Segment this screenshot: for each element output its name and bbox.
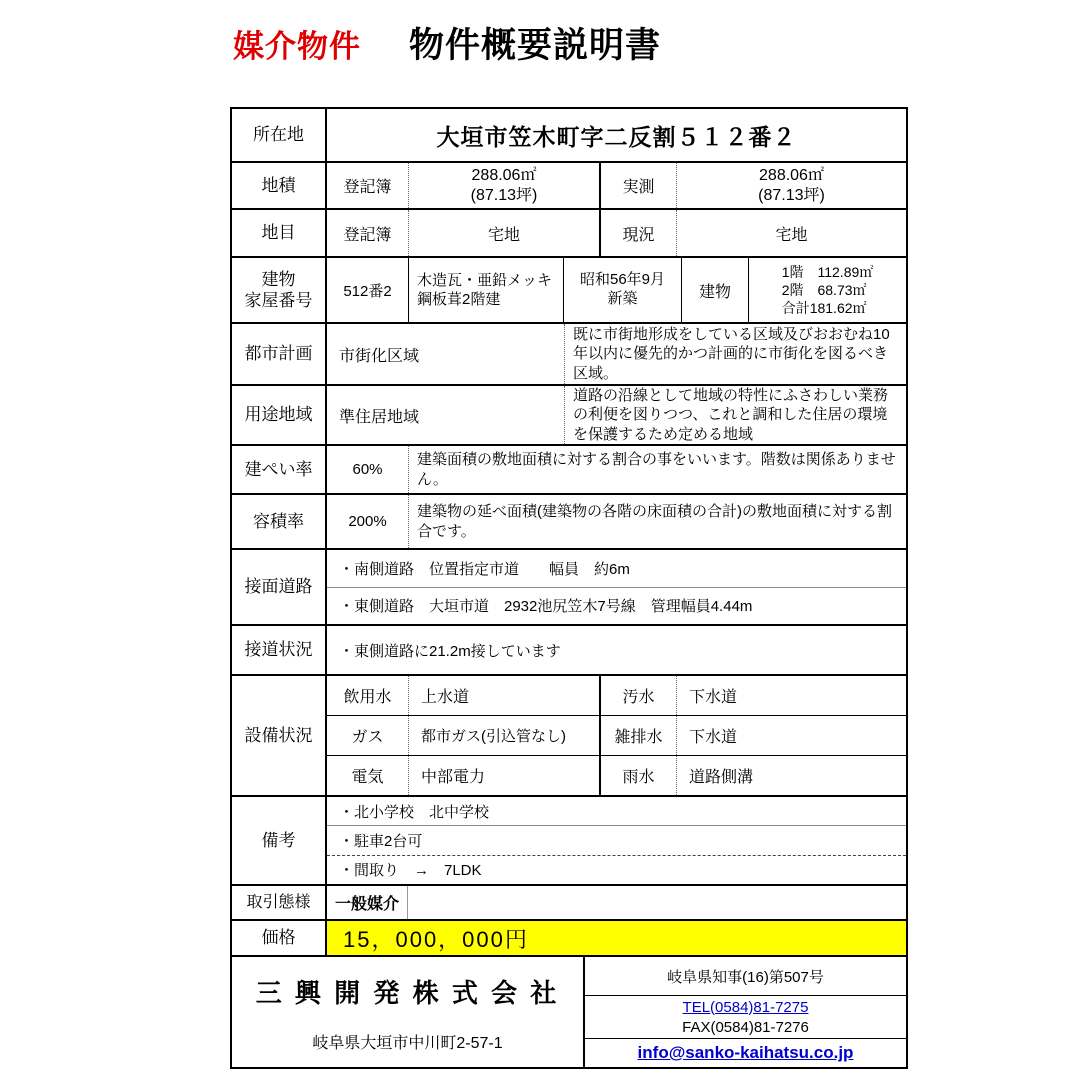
gas-value: 都市ガス(引込管なし)	[408, 716, 599, 755]
price-value: 15，000，000円	[327, 921, 906, 955]
tel-link[interactable]: TEL(0584)81-7275	[683, 999, 809, 1016]
coverage-label: 建ぺい率	[232, 446, 327, 493]
utilities-row-gas: ガス 都市ガス(引込管なし) 雑排水 下水道	[327, 715, 906, 755]
electricity-value: 中部電力	[408, 756, 599, 795]
roads-lines: ・南側道路 位置指定市道 幅員 約6m ・東側道路 大垣市道 2932池尻笠木7…	[327, 550, 906, 624]
row-roads: 接面道路 ・南側道路 位置指定市道 幅員 約6m ・東側道路 大垣市道 2932…	[232, 550, 906, 626]
building-total-area: 合計181.62㎡	[782, 299, 867, 317]
row-coverage: 建ぺい率 60% 建築面積の敷地面積に対する割合の事をいいます。階数は関係ありま…	[232, 446, 906, 495]
company-name: 三 興 開 発 株 式 会 社	[232, 973, 583, 1010]
zoning-label: 用途地域	[232, 386, 327, 444]
building-floor2-area: 2階 68.73㎡	[782, 281, 867, 299]
utilities-grid: 飲用水 上水道 汚水 下水道 ガス 都市ガス(引込管なし) 雑排水 下水道 電気…	[327, 676, 906, 795]
sewage-label: 汚水	[599, 676, 676, 715]
row-company: 三 興 開 発 株 式 会 社 岐阜県大垣市中川町2-57-1 岐阜県知事(16…	[232, 957, 906, 1067]
utilities-label: 設備状況	[232, 676, 327, 795]
land-category-current-label: 現況	[599, 210, 676, 256]
drinking-water-value: 上水道	[408, 676, 599, 715]
land-category-registry-value: 宅地	[408, 210, 599, 256]
email-row: info@sanko-kaihatsu.co.jp	[585, 1039, 906, 1067]
registry-sqm: 288.06㎡	[472, 166, 537, 186]
email-link[interactable]: info@sanko-kaihatsu.co.jp	[638, 1043, 854, 1063]
fax-number: FAX(0584)81-7276	[682, 1019, 809, 1036]
floor-ratio-description: 建築物の延べ面積(建築物の各階の床面積の合計)の敷地面積に対する割合です。	[408, 495, 906, 548]
document-heading: 物件概要説明書	[409, 18, 661, 68]
page-title: 媒介物件 物件概要説明書	[233, 18, 661, 68]
brokerage-tag: 媒介物件	[233, 21, 361, 66]
building-label-line2: 家屋番号	[245, 290, 313, 311]
phone-block: TEL(0584)81-7275 FAX(0584)81-7276	[585, 996, 906, 1039]
row-utilities: 設備状況 飲用水 上水道 汚水 下水道 ガス 都市ガス(引込管なし) 雑排水 下…	[232, 676, 906, 797]
utilities-row-water: 飲用水 上水道 汚水 下水道	[327, 676, 906, 715]
land-area-survey-value: 288.06㎡ (87.13坪)	[676, 163, 906, 208]
drinking-water-label: 飲用水	[327, 676, 408, 715]
remarks-lines: ・北小学校 北中学校 ・駐車2台可 ・間取り → 7LDK	[327, 797, 906, 884]
license-number: 岐阜県知事(16)第507号	[585, 957, 906, 996]
location-value: 大垣市笠木町字二反割５１２番２	[327, 109, 906, 161]
row-city-planning: 都市計画 市街化区域 既に市街地形成をしている区域及びおおむね10年以内に優先的…	[232, 324, 906, 386]
row-road-contact: 接道状況 ・東側道路に21.2m接しています	[232, 626, 906, 676]
zoning-description: 道路の沿線として地域の特性にふさわしい業務の利便を図りつつ、これと調和した住居の…	[564, 386, 906, 444]
floor-ratio-label: 容積率	[232, 495, 327, 548]
location-label: 所在地	[232, 109, 327, 161]
transaction-label: 取引態様	[232, 886, 327, 919]
building-floor1-area: 1階 112.89㎡	[782, 263, 874, 281]
built-new: 新築	[607, 290, 637, 309]
road-contact-value: ・東側道路に21.2m接しています	[327, 626, 906, 674]
row-location: 所在地 大垣市笠木町字二反割５１２番２	[232, 109, 906, 163]
contact-block: 岐阜県知事(16)第507号 TEL(0584)81-7275 FAX(0584…	[585, 957, 906, 1067]
built-date: 昭和56年9月	[580, 271, 665, 290]
building-word: 建物	[681, 258, 748, 322]
transaction-empty	[408, 886, 906, 919]
utilities-row-electric: 電気 中部電力 雨水 道路側溝	[327, 755, 906, 795]
land-area-registry-label: 登記簿	[327, 163, 408, 208]
building-areas: 1階 112.89㎡ 2階 68.73㎡ 合計181.62㎡	[748, 258, 906, 322]
zoning-value: 準住居地域	[327, 386, 564, 444]
row-transaction: 取引態様 一般媒介	[232, 886, 906, 921]
registry-tsubo: (87.13坪)	[471, 186, 538, 206]
survey-sqm: 288.06㎡	[759, 166, 824, 186]
row-land-area: 地積 登記簿 288.06㎡ (87.13坪) 実測 288.06㎡ (87.1…	[232, 163, 906, 210]
land-category-label: 地目	[232, 210, 327, 256]
remarks-label: 備考	[232, 797, 327, 884]
land-area-label: 地積	[232, 163, 327, 208]
row-floor-ratio: 容積率 200% 建築物の延べ面積(建築物の各階の床面積の合計)の敷地面積に対す…	[232, 495, 906, 550]
transaction-value: 一般媒介	[327, 886, 408, 919]
graywater-value: 下水道	[676, 716, 906, 755]
company-block: 三 興 開 発 株 式 会 社 岐阜県大垣市中川町2-57-1	[232, 957, 585, 1067]
land-category-current-value: 宅地	[676, 210, 906, 256]
coverage-description: 建築面積の敷地面積に対する割合の事をいいます。階数は関係ありません。	[408, 446, 906, 493]
building-label: 建物 家屋番号	[232, 258, 327, 322]
price-label: 価格	[232, 921, 327, 955]
survey-tsubo: (87.13坪)	[758, 186, 825, 206]
row-price: 価格 15，000，000円	[232, 921, 906, 957]
road-south: ・南側道路 位置指定市道 幅員 約6m	[327, 550, 906, 587]
remark-layout: ・間取り → 7LDK	[327, 855, 906, 884]
remark-schools: ・北小学校 北中学校	[327, 797, 906, 825]
roads-label: 接面道路	[232, 550, 327, 624]
coverage-value: 60%	[327, 446, 408, 493]
row-zoning: 用途地域 準住居地域 道路の沿線として地域の特性にふさわしい業務の利便を図りつつ…	[232, 386, 906, 446]
property-table: 所在地 大垣市笠木町字二反割５１２番２ 地積 登記簿 288.06㎡ (87.1…	[230, 107, 908, 1069]
row-land-category: 地目 登記簿 宅地 現況 宅地	[232, 210, 906, 258]
land-area-survey-label: 実測	[599, 163, 676, 208]
floor-ratio-value: 200%	[327, 495, 408, 548]
road-east: ・東側道路 大垣市道 2932池尻笠木7号線 管理幅員4.44m	[327, 587, 906, 625]
electricity-label: 電気	[327, 756, 408, 795]
city-planning-label: 都市計画	[232, 324, 327, 384]
gas-label: ガス	[327, 716, 408, 755]
building-built: 昭和56年9月 新築	[563, 258, 681, 322]
rainwater-label: 雨水	[599, 756, 676, 795]
rainwater-value: 道路側溝	[676, 756, 906, 795]
remark-parking: ・駐車2台可	[327, 825, 906, 854]
land-area-registry-value: 288.06㎡ (87.13坪)	[408, 163, 599, 208]
property-summary-page: 媒介物件 物件概要説明書 所在地 大垣市笠木町字二反割５１２番２ 地積 登記簿 …	[0, 0, 1080, 1080]
building-structure: 木造瓦・亜鉛メッキ鋼板葺2階建	[408, 258, 563, 322]
company-address: 岐阜県大垣市中川町2-57-1	[232, 1030, 583, 1053]
road-contact-label: 接道状況	[232, 626, 327, 674]
graywater-label: 雑排水	[599, 716, 676, 755]
row-remarks: 備考 ・北小学校 北中学校 ・駐車2台可 ・間取り → 7LDK	[232, 797, 906, 886]
building-number: 512番2	[327, 258, 408, 322]
sewage-value: 下水道	[676, 676, 906, 715]
city-planning-value: 市街化区域	[327, 324, 564, 384]
city-planning-description: 既に市街地形成をしている区域及びおおむね10年以内に優先的かつ計画的に市街化を図…	[564, 324, 906, 384]
row-building: 建物 家屋番号 512番2 木造瓦・亜鉛メッキ鋼板葺2階建 昭和56年9月 新築…	[232, 258, 906, 324]
building-label-line1: 建物	[262, 269, 296, 290]
land-category-registry-label: 登記簿	[327, 210, 408, 256]
